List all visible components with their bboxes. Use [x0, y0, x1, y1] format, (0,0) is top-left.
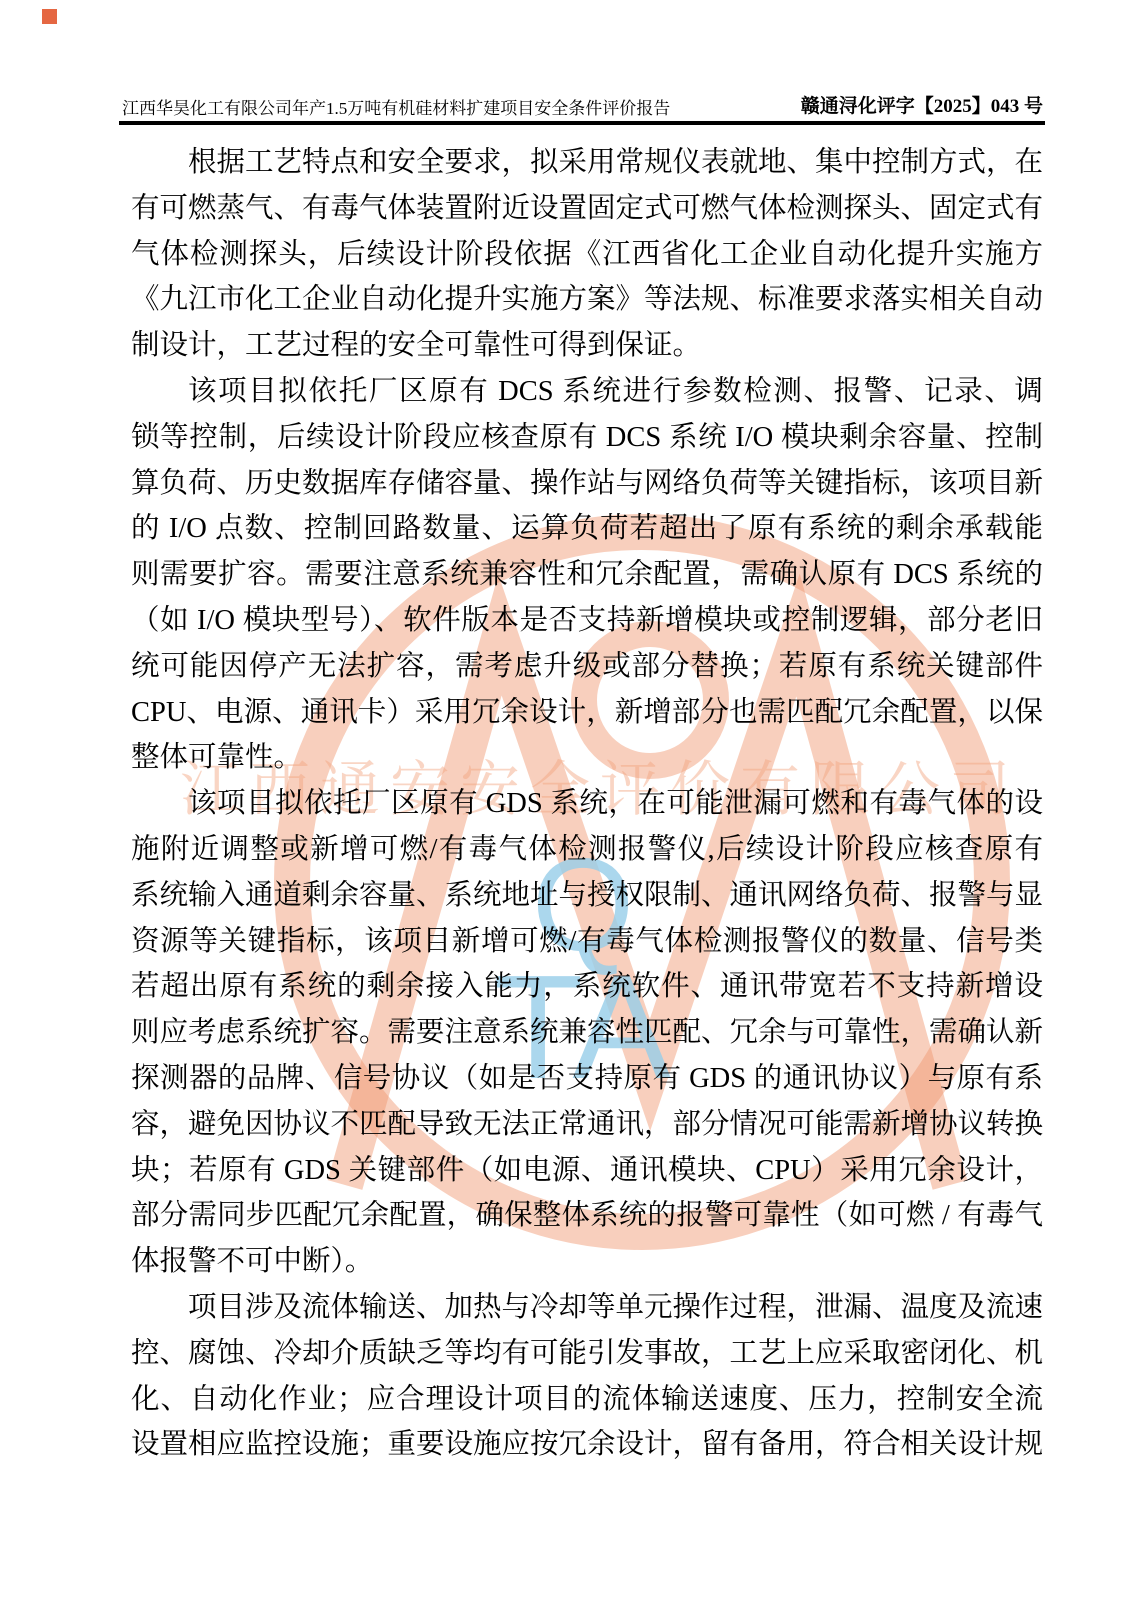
- body-line: 该项目拟依托厂区原有 GDS 系统，在可能泄漏可燃和有毒气体的设备设: [131, 781, 1043, 827]
- paragraph: 根据工艺特点和安全要求，拟采用常规仪表就地、集中控制方式，在含 有可燃蒸气、有毒…: [131, 140, 1043, 369]
- body-line: 控、腐蚀、冷却介质缺乏等均有可能引发事故，工艺上应采取密闭化、机械: [131, 1331, 1043, 1377]
- body-line: 统可能因停产无法扩容，需考虑升级或部分替换；若原有系统关键部件（如: [131, 644, 1043, 690]
- body-line: 则需要扩容。需要注意系统兼容性和冗余配置，需确认原有 DCS 系统的硬件: [131, 552, 1043, 598]
- paragraph: 项目涉及流体输送、加热与冷却等单元操作过程，泄漏、温度及流速失 控、腐蚀、冷却介…: [131, 1285, 1043, 1468]
- body-line: 该项目拟依托厂区原有 DCS 系统进行参数检测、报警、记录、调节、联: [131, 369, 1043, 415]
- report-body: 根据工艺特点和安全要求，拟采用常规仪表就地、集中控制方式，在含 有可燃蒸气、有毒…: [131, 140, 1043, 1468]
- body-line: 气体检测探头，后续设计阶段依据《江西省化工企业自动化提升实施方案》、: [131, 232, 1043, 278]
- body-line: 施附近调整或新增可燃/有毒气体检测报警仪,后续设计阶段应核查原有 GDS: [131, 827, 1043, 873]
- header-report-title: 江西华昊化工有限公司年产1.5万吨有机硅材料扩建项目安全条件评价报告: [122, 94, 670, 119]
- header-doc-number: 赣通浔化评字【2025】043 号: [801, 91, 1043, 118]
- body-line: 若超出原有系统的剩余接入能力，系统软件、通讯带宽若不支持新增设备，: [131, 964, 1043, 1010]
- body-line: 部分需同步匹配冗余配置，确保整体系统的报警可靠性（如可燃 / 有毒气: [131, 1193, 1043, 1239]
- body-line: 《九江市化工企业自动化提升实施方案》等法规、标准要求落实相关自动控: [131, 277, 1043, 323]
- body-line: 块；若原有 GDS 关键部件（如电源、通讯模块、CPU）采用冗余设计，新增: [131, 1148, 1043, 1194]
- body-line: 探测器的品牌、信号协议（如是否支持原有 GDS 的通讯协议）与原有系统兼: [131, 1056, 1043, 1102]
- scan-corner-mark: [42, 9, 57, 24]
- body-line: 锁等控制，后续设计阶段应核查原有 DCS 系统 I/O 模块剩余容量、控制站运: [131, 415, 1043, 461]
- header-divider-rule: [119, 121, 1045, 125]
- page-content: 江西华昊化工有限公司年产1.5万吨有机硅材料扩建项目安全条件评价报告 赣通浔化评…: [0, 0, 1131, 1600]
- body-line: 资源等关键指标，该项目新增可燃/有毒气体检测报警仪的数量、信号类型: [131, 919, 1043, 965]
- body-line: 容，避免因协议不匹配导致无法正常通讯，部分情况可能需新增协议转换模: [131, 1102, 1043, 1148]
- body-line: 体报警不可中断）。: [131, 1239, 1043, 1285]
- body-line: （如 I/O 模块型号）、软件版本是否支持新增模块或控制逻辑，部分老旧系: [131, 598, 1043, 644]
- body-line: 则应考虑系统扩容。需要注意系统兼容性匹配、冗余与可靠性，需确认新增: [131, 1010, 1043, 1056]
- body-line: 化、自动化作业；应合理设计项目的流体输送速度、压力，控制安全流速；: [131, 1377, 1043, 1423]
- body-line: 设置相应监控设施；重要设施应按冗余设计，留有备用，符合相关设计规范: [131, 1422, 1043, 1468]
- body-line: 制设计，工艺过程的安全可靠性可得到保证。: [131, 323, 1043, 369]
- body-line: 根据工艺特点和安全要求，拟采用常规仪表就地、集中控制方式，在含: [131, 140, 1043, 186]
- body-line: 的 I/O 点数、控制回路数量、运算负荷若超出了原有系统的剩余承载能力，: [131, 506, 1043, 552]
- paragraph: 该项目拟依托厂区原有 GDS 系统，在可能泄漏可燃和有毒气体的设备设 施附近调整…: [131, 781, 1043, 1285]
- body-line: 项目涉及流体输送、加热与冷却等单元操作过程，泄漏、温度及流速失: [131, 1285, 1043, 1331]
- body-line: CPU、电源、通讯卡）采用冗余设计，新增部分也需匹配冗余配置，以保证: [131, 690, 1043, 736]
- paragraph: 该项目拟依托厂区原有 DCS 系统进行参数检测、报警、记录、调节、联 锁等控制，…: [131, 369, 1043, 781]
- report-page: Q TA 江西通安安全评价有限公司 江西华昊化工有限公司年产1.5万吨有机硅材料…: [0, 0, 1131, 1600]
- body-line: 系统输入通道剩余容量、系统地址与授权限制、通讯网络负荷、报警与显示: [131, 873, 1043, 919]
- body-line: 有可燃蒸气、有毒气体装置附近设置固定式可燃气体检测探头、固定式有毒: [131, 186, 1043, 232]
- body-line: 整体可靠性。: [131, 735, 1043, 781]
- body-line: 算负荷、历史数据库存储容量、操作站与网络负荷等关键指标，该项目新增: [131, 461, 1043, 507]
